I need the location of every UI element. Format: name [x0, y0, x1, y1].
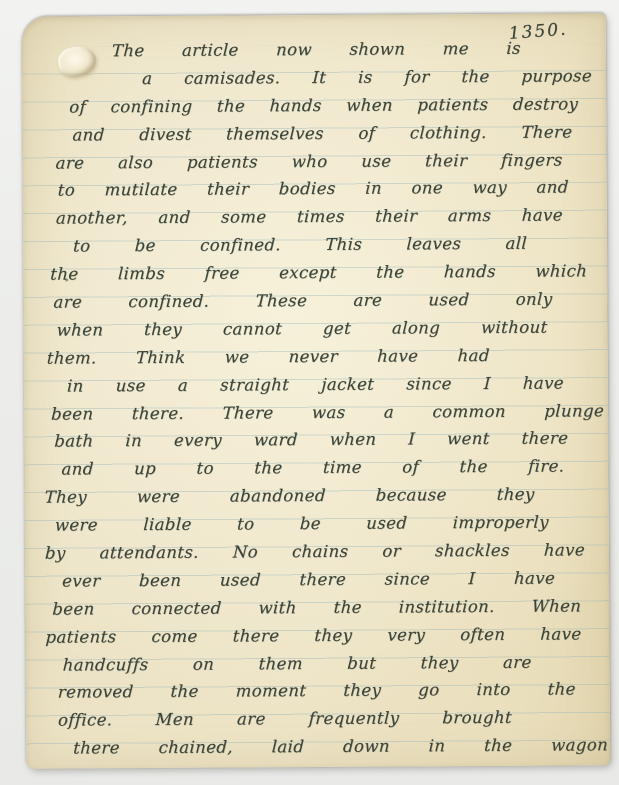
- manuscript-line: a camisades. It is for the purpose: [21, 62, 606, 93]
- manuscript-line: been connected with the institution. Whe…: [25, 592, 610, 623]
- manuscript-page: 1350. The article now shown me is a cami…: [22, 13, 611, 769]
- manuscript-line: The article now shown me is: [21, 34, 606, 65]
- scanner-background: 1350. The article now shown me is a cami…: [0, 0, 619, 785]
- manuscript-line: were liable to be used improperly: [24, 508, 609, 539]
- manuscript-line: of confining the hands when patients des…: [22, 90, 607, 121]
- manuscript-line: handcuffs on them but they are: [25, 648, 610, 679]
- manuscript-line: by attendants. No chains or shackles hav…: [24, 536, 609, 567]
- manuscript-line: ever been used there since I have: [25, 564, 610, 595]
- manuscript-line: been there. There was a common plunge: [23, 397, 608, 428]
- manuscript-line: bath in every ward when I went there: [24, 425, 609, 456]
- manuscript-line: are also patients who use their fingers: [22, 146, 607, 177]
- manuscript-line: removed the moment they go into the: [25, 676, 610, 707]
- manuscript-line: them. Think we never have had: [23, 341, 608, 372]
- manuscript-line: the limbs free except the hands which: [23, 257, 608, 288]
- manuscript-line: in use a straight jacket since I have: [23, 369, 608, 400]
- manuscript-line: patients come there they very often have: [25, 620, 610, 651]
- manuscript-line: when they cannot get along without: [23, 313, 608, 344]
- manuscript-line: to mutilate their bodies in one way and: [22, 174, 607, 205]
- manuscript-text: The article now shown me is a camisades.…: [22, 34, 610, 763]
- manuscript-line: another, and some times their arms have: [22, 202, 607, 233]
- manuscript-line: are confined. These are used only: [23, 285, 608, 316]
- manuscript-line: office. Men are frequently brought: [25, 704, 610, 735]
- manuscript-line: to be confined. This leaves all: [22, 229, 607, 260]
- manuscript-line: and divest themselves of clothing. There: [22, 118, 607, 149]
- manuscript-line: They were abandoned because they: [24, 480, 609, 511]
- manuscript-line: there chained, laid down in the wagon: [26, 731, 611, 762]
- manuscript-line: and up to the time of the fire.: [24, 453, 609, 484]
